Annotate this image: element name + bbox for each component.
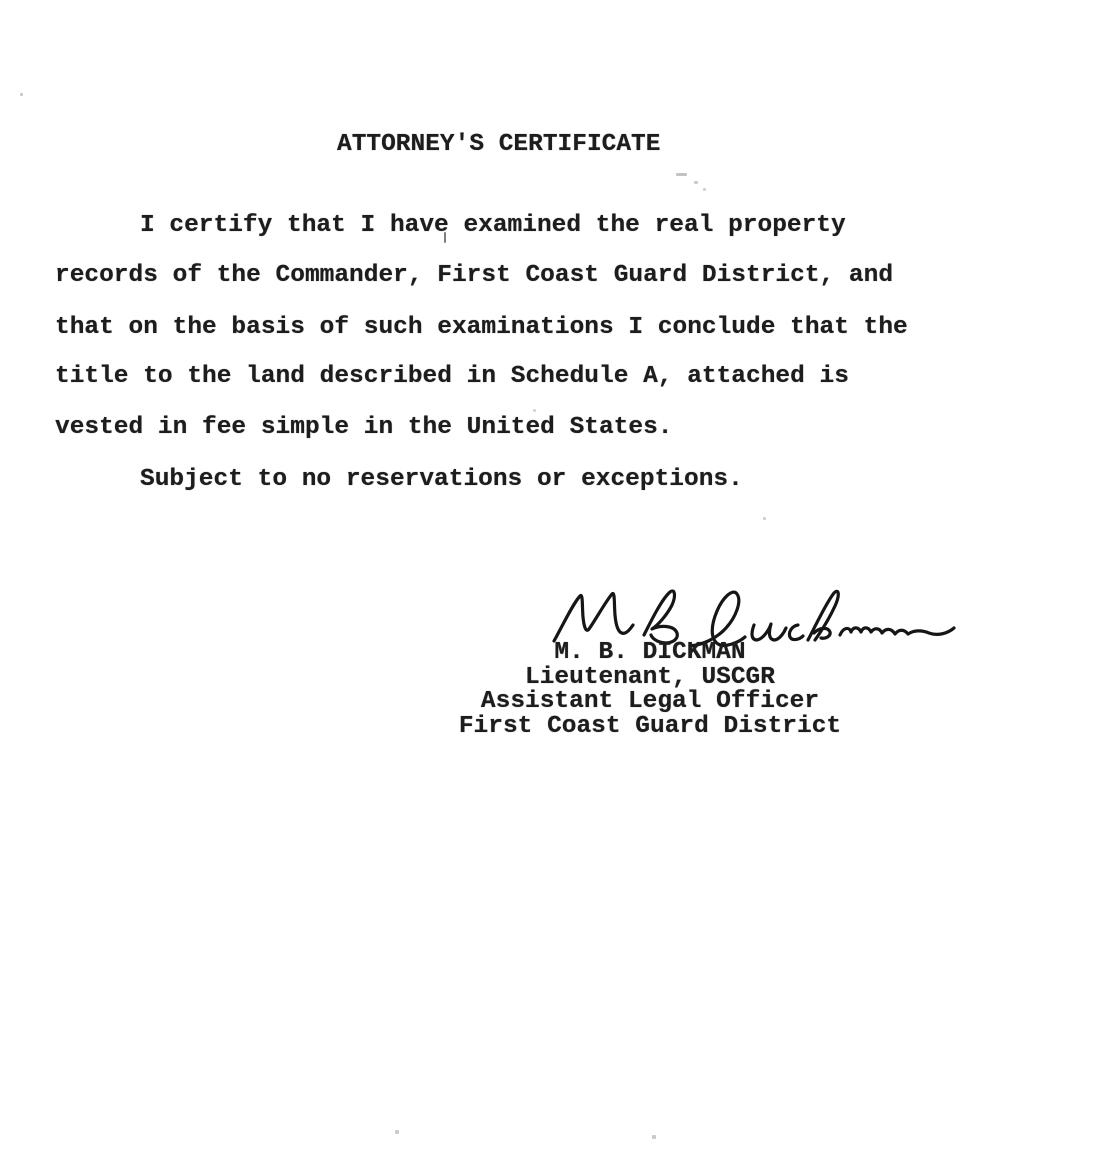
scan-speck	[533, 409, 536, 412]
body-line: I certify that I have examined the real …	[140, 211, 846, 241]
body-line: records of the Commander, First Coast Gu…	[55, 261, 893, 291]
document-page: ATTORNEY'S CERTIFICATE I certify that I …	[0, 0, 1093, 1173]
signatory-name: M. B. DICKMAN	[420, 641, 880, 666]
body-line: title to the land described in Schedule …	[55, 362, 849, 392]
scan-speck	[395, 1130, 399, 1134]
body-line: that on the basis of such examinations I…	[55, 313, 908, 343]
signatory-rank: Lieutenant, USCGR	[420, 666, 880, 691]
scan-speck	[652, 1135, 656, 1139]
signatory-title: Assistant Legal Officer	[420, 690, 880, 715]
document-title: ATTORNEY'S CERTIFICATE	[337, 130, 660, 160]
signatory-office: First Coast Guard District	[420, 715, 880, 740]
body-line: vested in fee simple in the United State…	[55, 413, 673, 443]
scan-speck	[703, 188, 706, 191]
signature-block: M. B. DICKMAN Lieutenant, USCGR Assistan…	[420, 641, 880, 739]
scan-speck	[676, 173, 687, 176]
scan-speck	[444, 232, 446, 243]
body-line: Subject to no reservations or exceptions…	[140, 465, 743, 495]
scan-speck	[763, 517, 766, 520]
scan-speck	[694, 181, 698, 184]
scan-speck	[20, 93, 23, 96]
